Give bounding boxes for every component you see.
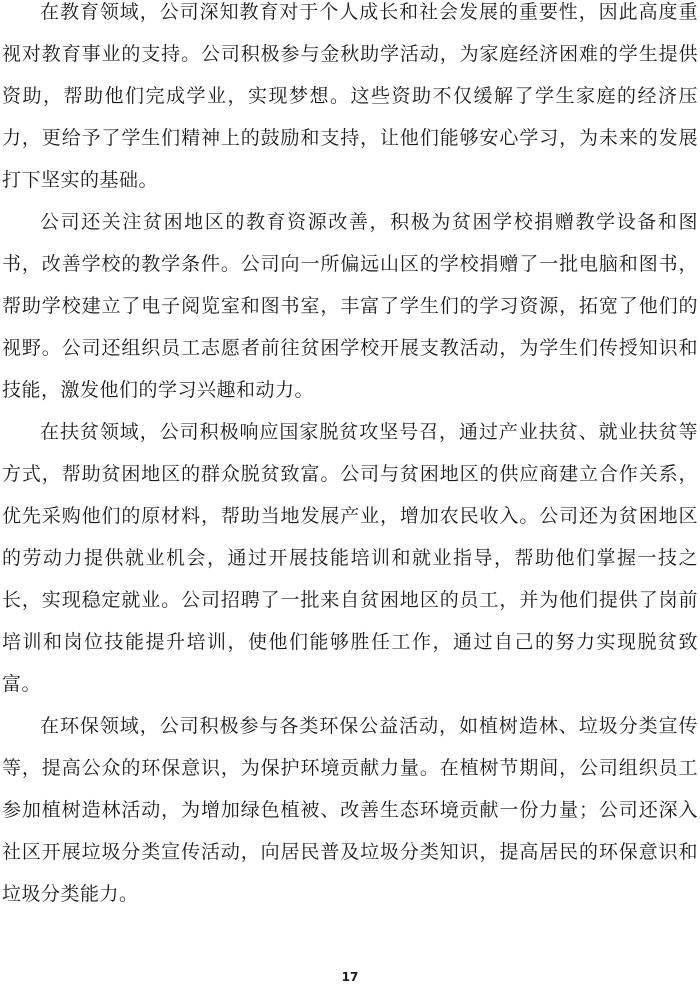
page-footer: 17 bbox=[0, 966, 700, 985]
document-page: 在教育领域，公司深知教育对于个人成长和社会发展的重要性，因此高度重视对教育事业的… bbox=[0, 0, 700, 989]
paragraph-education-support: 在教育领域，公司深知教育对于个人成长和社会发展的重要性，因此高度重视对教育事业的… bbox=[2, 0, 698, 201]
page-number: 17 bbox=[342, 970, 359, 984]
paragraph-education-resources-donation: 公司还关注贫困地区的教育资源改善，积极为贫困学校捐赠教学设备和图书，改善学校的教… bbox=[2, 201, 698, 411]
paragraph-environmental-protection: 在环保领域，公司积极参与各类环保公益活动，如植树造林、垃圾分类宣传等，提高公众的… bbox=[2, 705, 698, 915]
document-body: 在教育领域，公司深知教育对于个人成长和社会发展的重要性，因此高度重视对教育事业的… bbox=[2, 0, 698, 915]
paragraph-poverty-alleviation: 在扶贫领域，公司积极响应国家脱贫攻坚号召，通过产业扶贫、就业扶贫等方式，帮助贫困… bbox=[2, 411, 698, 705]
